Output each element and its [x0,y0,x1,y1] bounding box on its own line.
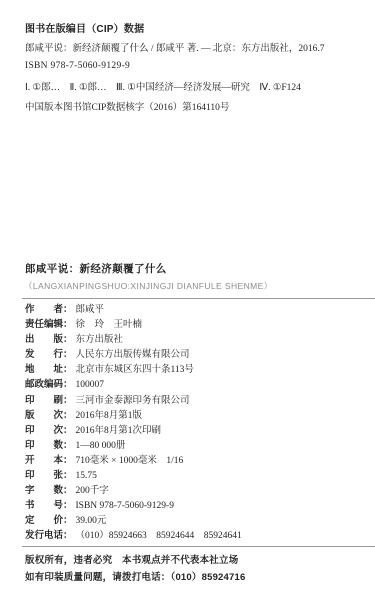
detail-row-printer: 印 刷：三河市金泰源印务有限公司 [25,394,369,409]
detail-label: 印 张： [25,469,73,484]
detail-label: 印 刷： [25,394,73,409]
book-title-pinyin: （LANGXIANPINGSHUO:XINJINGJI DIANFULE SHE… [24,280,273,292]
detail-row-format: 开 本：710毫米 × 1000毫米 1/16 [25,454,369,469]
detail-value: 人民东方出版传媒有限公司 [76,350,190,360]
detail-row-sales-phone: 发行电话：（010）85924663 85924644 85924641 [25,529,369,544]
detail-label: 字 数： [25,484,73,499]
detail-value: 三河市金泰源印务有限公司 [76,396,190,406]
detail-value: 200千字 [76,486,109,496]
detail-value: 15.75 [76,471,97,481]
cip-bibliography-line: 郎咸平说：新经济颠覆了什么 / 郎咸平 著. — 北京：东方出版社，2016.7 [25,43,365,55]
book-title: 郎咸平说：新经济颠覆了什么 [25,261,167,276]
detail-row-sheets: 印 张：15.75 [25,469,369,484]
detail-value: 徐 玲 王叶楠 [76,320,143,330]
detail-label: 邮政编码： [25,378,73,393]
detail-label: 发行电话： [25,529,73,544]
divider-bottom [22,546,375,547]
detail-value: 2016年8月第1版 [76,411,143,421]
detail-row-print-run: 印 数：1—80 000册 [25,439,369,454]
copyright-notice: 版权所有，违者必究 本书观点并不代表本社立场 [25,552,369,566]
detail-row-distributor: 发 行：人民东方出版传媒有限公司 [25,348,369,363]
detail-value: 39.00元 [76,516,107,526]
detail-value: （010）85924663 85924644 85924641 [76,531,242,541]
detail-value: 100007 [76,380,105,390]
publication-details: 作 者：郎咸平 责任编辑：徐 玲 王叶楠 出 版：东方出版社 发 行：人民东方出… [25,303,369,545]
quality-hotline: 如有印装质量问题，请拨打电话：（010）85924716 [25,569,369,583]
detail-label: 出 版： [25,333,73,348]
detail-value: 东方出版社 [76,335,124,345]
cip-header: 图书在版编目（CIP）数据 [25,20,144,35]
detail-value: 1—80 000册 [76,441,126,451]
detail-label: 作 者： [25,303,73,318]
detail-value: 郎咸平 [76,305,105,315]
detail-label: 印 次： [25,424,73,439]
detail-value: 北京市东城区东四十条113号 [76,365,194,375]
detail-label: 责任编辑： [25,318,73,333]
detail-row-editor: 责任编辑：徐 玲 王叶楠 [25,318,369,333]
detail-label: 版 次： [25,409,73,424]
detail-row-edition: 版 次：2016年8月第1版 [25,409,369,424]
detail-row-isbn: 书 号：ISBN 978-7-5060-9129-9 [25,499,369,514]
detail-value: 2016年8月第1次印刷 [76,426,162,436]
detail-row-postcode: 邮政编码：100007 [25,378,369,393]
detail-row-price: 定 价：39.00元 [25,514,369,529]
detail-row-address: 地 址：北京市东城区东四十条113号 [25,363,369,378]
detail-value: 710毫米 × 1000毫米 1/16 [76,456,184,466]
cip-record-number-line: 中国版本图书馆CIP数据核字（2016）第164110号 [25,102,365,114]
cip-classification-line: Ⅰ. ①郎… Ⅱ. ①郎… Ⅲ. ①中国经济—经济发展—研究 Ⅳ. ①F124 [25,82,365,94]
detail-row-printing: 印 次：2016年8月第1次印刷 [25,424,369,439]
detail-label: 发 行： [25,348,73,363]
detail-label: 书 号： [25,499,73,514]
detail-row-word-count: 字 数：200千字 [25,484,369,499]
detail-row-author: 作 者：郎咸平 [25,303,369,318]
detail-label: 地 址： [25,363,73,378]
copyright-page: 图书在版编目（CIP）数据 郎咸平说：新经济颠覆了什么 / 郎咸平 著. — 北… [0,0,375,608]
detail-label: 开 本： [25,454,73,469]
detail-label: 印 数： [25,439,73,454]
cip-isbn-line: ISBN 978-7-5060-9129-9 [25,60,365,72]
detail-value: ISBN 978-7-5060-9129-9 [76,501,174,511]
divider-top [22,298,375,299]
detail-row-publisher: 出 版：东方出版社 [25,333,369,348]
detail-label: 定 价： [25,514,73,529]
